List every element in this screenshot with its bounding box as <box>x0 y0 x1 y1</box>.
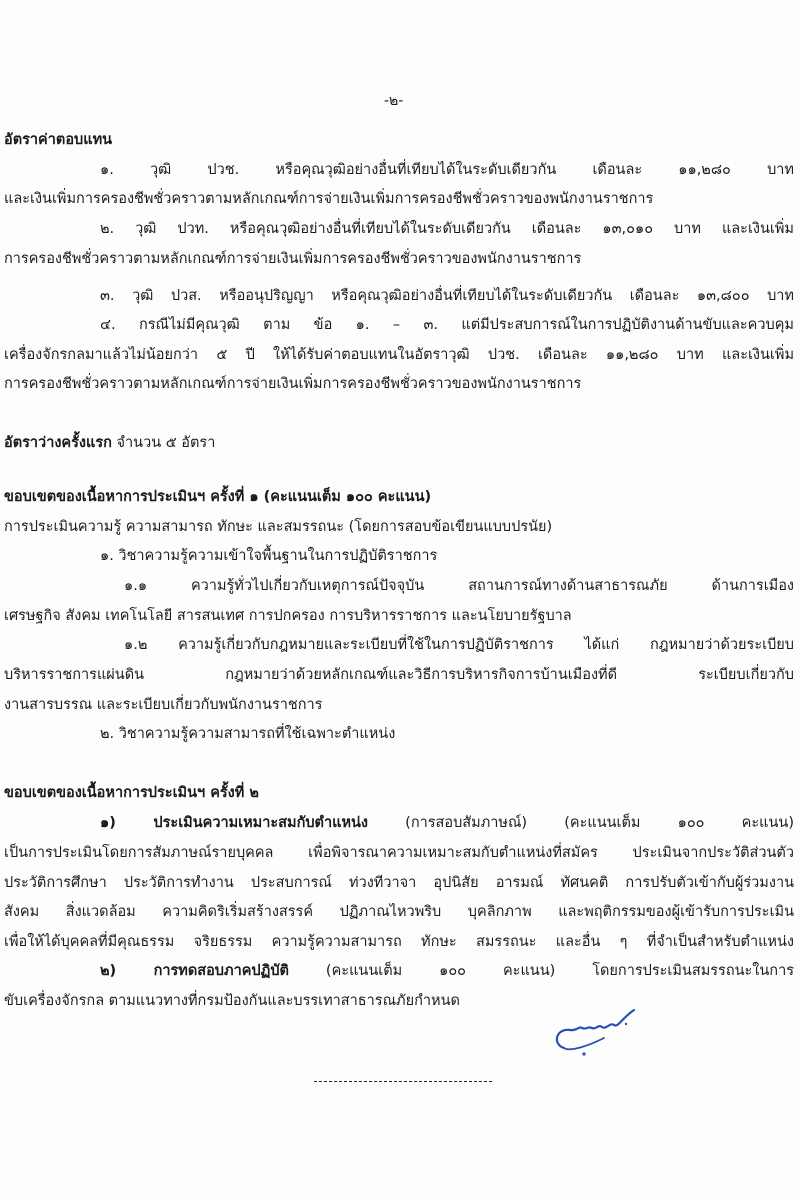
compensation-item-4-line-2: เครื่องจักรกลมาแล้วไม่น้อยกว่า ๕ ปี ให้ไ… <box>4 348 794 363</box>
page-number: -๒- <box>384 90 403 112</box>
evaluation-2-part-1-line-3: ประวัติการศึกษา ประวัติการทำงาน ประสบการ… <box>4 876 794 891</box>
evaluation-1-sub-1-2-line-3: งานสารบรรณ และระเบียบเกี่ยวกับพนักงานราช… <box>4 698 322 713</box>
evaluation-2-part-2-line-2: ขับเครื่องจักรกล ตามแนวทางที่กรมป้องกันแ… <box>4 994 460 1009</box>
compensation-item-4-line-3: การครองชีพชั่วคราวตามหลักเกณฑ์การจ่ายเงิ… <box>4 377 581 392</box>
evaluation-2-part-1-line-2: เป็นการประเมินโดยการสัมภาษณ์รายบุคคล เพื… <box>4 846 794 861</box>
evaluation-2-part-1-title: ๑) ประเมินความเหมาะสมกับตำแหน่ง <box>100 815 368 831</box>
compensation-item-4-line-1: ๔. กรณีไม่มีคุณวุฒิ ตาม ข้อ ๑. – ๓. แต่ม… <box>100 318 794 333</box>
vacancy-label: อัตราว่างครั้งแรก <box>4 435 112 451</box>
evaluation-2-part-2-title: ๒) การทดสอบภาคปฏิบัติ <box>100 963 289 979</box>
evaluation-2-heading: ขอบเขตของเนื้อหาการประเมินฯ ครั้งที่ ๒ <box>4 786 259 801</box>
compensation-item-1-line-2: และเงินเพิ่มการครองชีพชั่วคราวตามหลักเกณ… <box>4 192 794 207</box>
compensation-item-2-line-1: ๒. วุฒิ ปวท. หรือคุณวุฒิอย่างอื่นที่เทีย… <box>100 222 794 237</box>
evaluation-2-part-1-line-5: เพื่อให้ได้บุคคลที่มีคุณธรรม จริยธรรม คว… <box>4 935 794 950</box>
evaluation-1-sub-1-1-line-1: ๑.๑ ความรู้ทั่วไปเกี่ยวกับเหตุการณ์ปัจจุ… <box>124 579 794 594</box>
signature-icon <box>548 1008 638 1064</box>
evaluation-1-sub-1-2-line-2: บริหารราชการแผ่นดิน กฎหมายว่าด้วยหลักเกณ… <box>4 668 794 683</box>
evaluation-2-part-1-line-1: ๑) ประเมินความเหมาะสมกับตำแหน่ง (การสอบส… <box>100 816 794 831</box>
evaluation-2-part-2-line-1: ๒) การทดสอบภาคปฏิบัติ (คะแนนเต็ม ๑๐๐ คะแ… <box>100 964 794 979</box>
vacancy-count: จำนวน ๕ อัตรา <box>112 435 215 451</box>
evaluation-2-part-2-detail: (คะแนนเต็ม ๑๐๐ คะแนน) โดยการประเมินสมรรถ… <box>289 963 794 979</box>
vacancy-line: อัตราว่างครั้งแรก จำนวน ๕ อัตรา <box>4 436 215 451</box>
compensation-item-2-line-2: การครองชีพชั่วคราวตามหลักเกณฑ์การจ่ายเงิ… <box>4 252 581 267</box>
evaluation-1-subtitle: การประเมินความรู้ ความสามารถ ทักษะ และสม… <box>4 520 552 535</box>
evaluation-1-subject-2: ๒. วิชาความรู้ความสามารถที่ใช้เฉพาะตำแหน… <box>100 727 395 742</box>
evaluation-1-heading: ขอบเขตของเนื้อหาการประเมินฯ ครั้งที่ ๑ (… <box>4 490 431 505</box>
evaluation-2-part-1-line-4: สังคม สิ่งแวดล้อม ความคิดริเริ่มสร้างสรร… <box>4 905 794 920</box>
evaluation-1-subject-1: ๑. วิชาความรู้ความเข้าใจพื้นฐานในการปฏิบ… <box>100 549 437 564</box>
compensation-heading: อัตราค่าตอบแทน <box>4 133 112 148</box>
end-divider <box>314 1081 492 1082</box>
evaluation-2-part-1-detail: (การสอบสัมภาษณ์) (คะแนนเต็ม ๑๐๐ คะแนน) <box>368 815 794 831</box>
evaluation-1-sub-1-2-line-1: ๑.๒ ความรู้เกี่ยวกับกฎหมายและระเบียบที่ใ… <box>124 638 794 653</box>
compensation-item-1-line-1: ๑. วุฒิ ปวช. หรือคุณวุฒิอย่างอื่นที่เทีย… <box>100 163 794 178</box>
document-page: -๒- อัตราค่าตอบแทน ๑. วุฒิ ปวช. หรือคุณว… <box>0 0 800 1198</box>
evaluation-1-sub-1-1-line-2: เศรษฐกิจ สังคม เทคโนโลยี สารสนเทศ การปกค… <box>4 609 572 624</box>
compensation-item-3-line-1: ๓. วุฒิ ปวส. หรืออนุปริญญา หรือคุณวุฒิอย… <box>100 289 794 304</box>
